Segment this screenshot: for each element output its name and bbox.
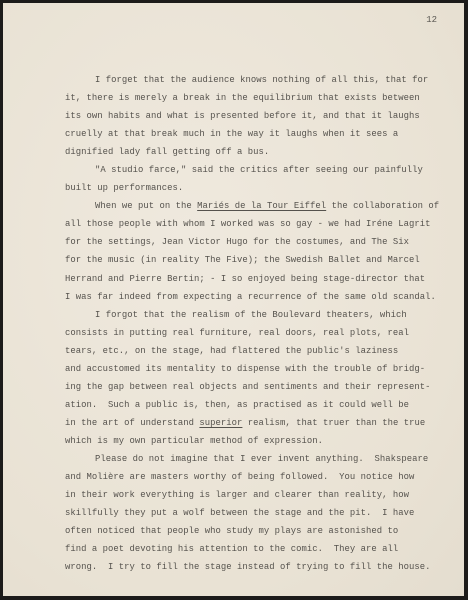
text-line: dignified lady fall getting off a bus. [65, 143, 465, 161]
text-line: which is my own particular method of exp… [65, 432, 465, 450]
text-line: its own habits and what is presented bef… [65, 107, 465, 125]
text-line: and accustomed its mentality to dispense… [65, 360, 465, 378]
text-line: "A studio farce," said the critics after… [65, 161, 465, 179]
text-line: wrong. I try to fill the stage instead o… [65, 558, 465, 576]
text-line: often noticed that people who study my p… [65, 522, 465, 540]
text-line: tears, etc., on the stage, had flattered… [65, 342, 465, 360]
text-segment: realism, that truer than the true [242, 418, 425, 428]
text-line: When we put on the Mariés de la Tour Eif… [65, 197, 465, 215]
text-line: Herrand and Pierre Bertin; - I so enjoye… [65, 270, 465, 288]
text-line: all those people with whom I worked was … [65, 215, 465, 233]
page-number: 12 [426, 15, 437, 25]
text-line: I forget that the audience knows nothing… [65, 71, 465, 89]
text-line: built up performances. [65, 179, 465, 197]
text-line: skillfully they put a wolf between the s… [65, 504, 465, 522]
text-segment: the collaboration of [326, 201, 439, 211]
text-line: consists in putting real furniture, real… [65, 324, 465, 342]
text-line: I was far indeed from expecting a recurr… [65, 288, 465, 306]
text-segment: in the art of understand [65, 418, 199, 428]
document-page: 12 I forget that the audience knows noth… [3, 3, 464, 596]
text-line: I forgot that the realism of the Bouleva… [65, 306, 465, 324]
typewritten-text: I forget that the audience knows nothing… [65, 71, 465, 576]
text-line: find a poet devoting his attention to th… [65, 540, 465, 558]
text-line: it, there is merely a break in the equil… [65, 89, 465, 107]
underlined-title: Mariés de la Tour Eiffel [197, 201, 326, 211]
text-line: in their work everything is larger and c… [65, 486, 465, 504]
text-line: for the settings, Jean Victor Hugo for t… [65, 233, 465, 251]
text-segment: When we put on the [95, 201, 197, 211]
text-line: cruelly at that break much in the way it… [65, 125, 465, 143]
text-line: ation. Such a public is, then, as practi… [65, 396, 465, 414]
text-line: and Molière are masters worthy of being … [65, 468, 465, 486]
underlined-word: superior [199, 418, 242, 428]
text-line: for the music (in reality The Five); the… [65, 251, 465, 269]
text-line: Please do not imagine that I ever invent… [65, 450, 465, 468]
text-line: in the art of understand superior realis… [65, 414, 465, 432]
text-line: ing the gap between real objects and sen… [65, 378, 465, 396]
